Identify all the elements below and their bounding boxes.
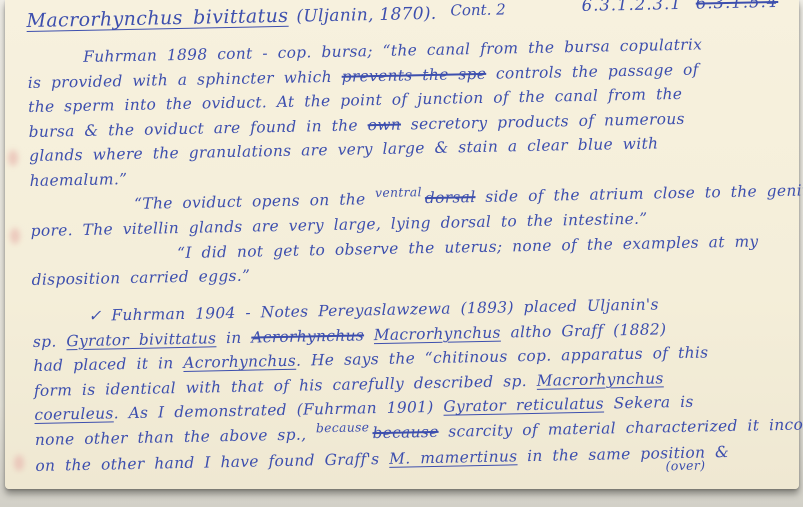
catalog-code-struck: 6.3.1.5.4 [696,0,779,13]
card-header: Macrorhynchus bivittatus (Uljanin, 1870)… [26,0,778,32]
pink-smudge [14,455,24,471]
card-lines: Fuhrman 1898 cont - cop. bursa; “the can… [27,31,788,484]
catalog-code-current: 6.3.1.2.3.1 [581,0,682,15]
index-card: Macrorhynchus bivittatus (Uljanin, 1870)… [5,0,799,489]
species-authority: (Uljanin, 1870). [296,4,436,27]
pink-smudge [10,228,20,244]
catalog-codes: 6.3.1.2.3.16.3.1.5.4 [581,0,778,15]
continuation-label: Cont. 2 [450,0,506,19]
pink-smudge [8,150,18,166]
card-content: Macrorhynchus bivittatus (Uljanin, 1870)… [26,0,787,483]
species-title: Macrorhynchus bivittatus [26,5,288,32]
photo-background: Macrorhynchus bivittatus (Uljanin, 1870)… [0,0,803,507]
